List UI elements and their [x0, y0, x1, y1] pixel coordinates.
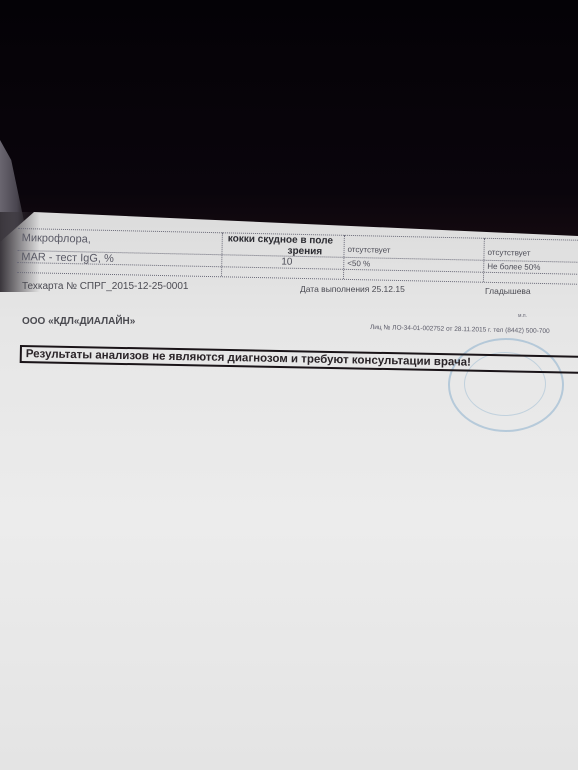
- organization-name: ООО «КДЛ«ДИАЛАЙН»: [22, 316, 135, 327]
- row-result: <50 %: [347, 259, 370, 268]
- row-value-line2: зрения: [287, 246, 322, 258]
- stamp-mark: м.п.: [518, 313, 527, 319]
- row-result: отсутствует: [347, 245, 390, 255]
- row-value: 10: [281, 257, 292, 268]
- execution-date: Дата выполнения 25.12.15: [300, 284, 405, 294]
- stamp-seal: [448, 338, 564, 432]
- row-value-line1: кокки скудное в поле: [228, 233, 333, 246]
- techcard-number: Техкарта № СПРГ_2015-12-25-0001: [22, 281, 188, 292]
- performer-name: Гладышева: [485, 286, 531, 296]
- row-reference: Не более 50%: [487, 262, 540, 272]
- row-label: MAR - тест IgG, %: [21, 251, 114, 265]
- dark-background: [0, 0, 578, 240]
- row-reference: отсутствует: [487, 248, 530, 258]
- row-label: Микрофлора,: [22, 232, 91, 245]
